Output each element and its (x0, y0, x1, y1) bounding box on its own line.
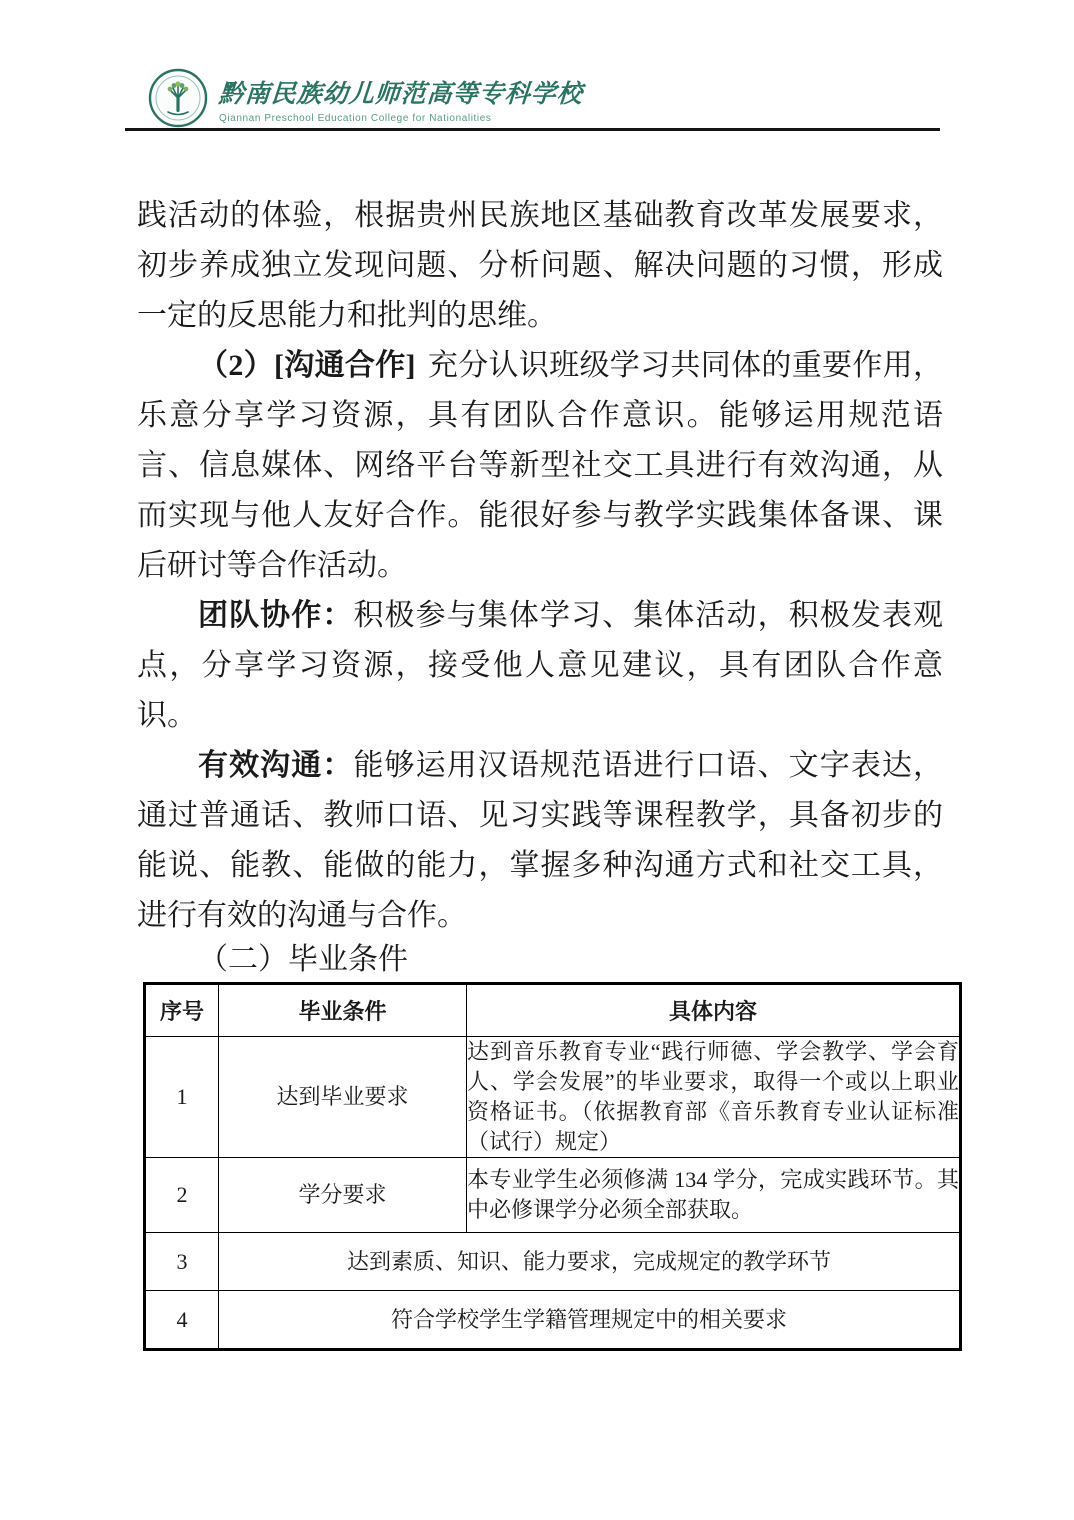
school-name-chinese: 黔南民族幼儿师范高等专科学校 (218, 74, 585, 110)
row-number-cell: 1 (145, 1037, 219, 1158)
table-row: 1 达到毕业要求 达到音乐教育专业“践行师德、学会教学、学会育人、学会发展”的毕… (145, 1037, 961, 1158)
paragraph-lead: 团队协作： (198, 599, 353, 632)
school-name-block: 黔南民族幼儿师范高等专科学校 Qiannan Preschool Educati… (219, 74, 583, 124)
paragraph-effective-communication: 有效沟通：能够运用汉语规范语进行口语、文字表达，通过普通话、教师口语、见习实践等… (137, 741, 943, 941)
merged-condition-cell: 符合学校学生学籍管理规定中的相关要求 (219, 1291, 961, 1350)
column-header-detail: 具体内容 (467, 984, 961, 1037)
graduation-conditions-table: 序号 毕业条件 具体内容 1 达到毕业要求 达到音乐教育专业“践行师德、学会教学… (143, 982, 962, 1351)
section-heading-graduation-conditions: （二）毕业条件 (137, 941, 943, 982)
merged-condition-cell: 达到素质、知识、能力要求，完成规定的教学环节 (219, 1233, 961, 1291)
paragraph-reflection: 践活动的体验，根据贵州民族地区基础教育改革发展要求，初步养成独立发现问题、分析问… (137, 191, 943, 341)
paragraph-lead: （2）[沟通合作] (198, 349, 416, 382)
table-header-row: 序号 毕业条件 具体内容 (145, 984, 961, 1037)
table-row: 3 达到素质、知识、能力要求，完成规定的教学环节 (145, 1233, 961, 1291)
table-row: 4 符合学校学生学籍管理规定中的相关要求 (145, 1291, 961, 1350)
table-row: 2 学分要求 本专业学生必须修满 134 学分，完成实践环节。其中必修课学分必须… (145, 1158, 961, 1233)
column-header-condition: 毕业条件 (219, 984, 467, 1037)
school-logo-tree-emblem-icon (148, 68, 208, 128)
school-name-english: Qiannan Preschool Education College for … (219, 113, 583, 124)
header-divider (125, 128, 940, 131)
detail-cell: 达到音乐教育专业“践行师德、学会教学、学会育人、学会发展”的毕业要求，取得一个或… (467, 1037, 961, 1158)
paragraph-text: 充分认识班级学习共同体的重要作用，乐意分享学习资源，具有团队合作意识。能够运用规… (137, 349, 943, 582)
row-number-cell: 4 (145, 1291, 219, 1350)
paragraph-communication-cooperation: （2）[沟通合作]充分认识班级学习共同体的重要作用，乐意分享学习资源，具有团队合… (137, 341, 943, 591)
condition-cell: 达到毕业要求 (219, 1037, 467, 1158)
column-header-number: 序号 (145, 984, 219, 1037)
paragraph-teamwork: 团队协作：积极参与集体学习、集体活动，积极发表观点，分享学习资源，接受他人意见建… (137, 591, 943, 741)
condition-cell: 学分要求 (219, 1158, 467, 1233)
paragraph-text: 践活动的体验，根据贵州民族地区基础教育改革发展要求，初步养成独立发现问题、分析问… (137, 199, 943, 332)
row-number-cell: 2 (145, 1158, 219, 1233)
document-page: 黔南民族幼儿师范高等专科学校 Qiannan Preschool Educati… (0, 0, 1074, 1520)
row-number-cell: 3 (145, 1233, 219, 1291)
paragraph-lead: 有效沟通： (198, 749, 353, 782)
detail-cell: 本专业学生必须修满 134 学分，完成实践环节。其中必修课学分必须全部获取。 (467, 1158, 961, 1233)
document-body: 践活动的体验，根据贵州民族地区基础教育改革发展要求，初步养成独立发现问题、分析问… (137, 191, 943, 1351)
